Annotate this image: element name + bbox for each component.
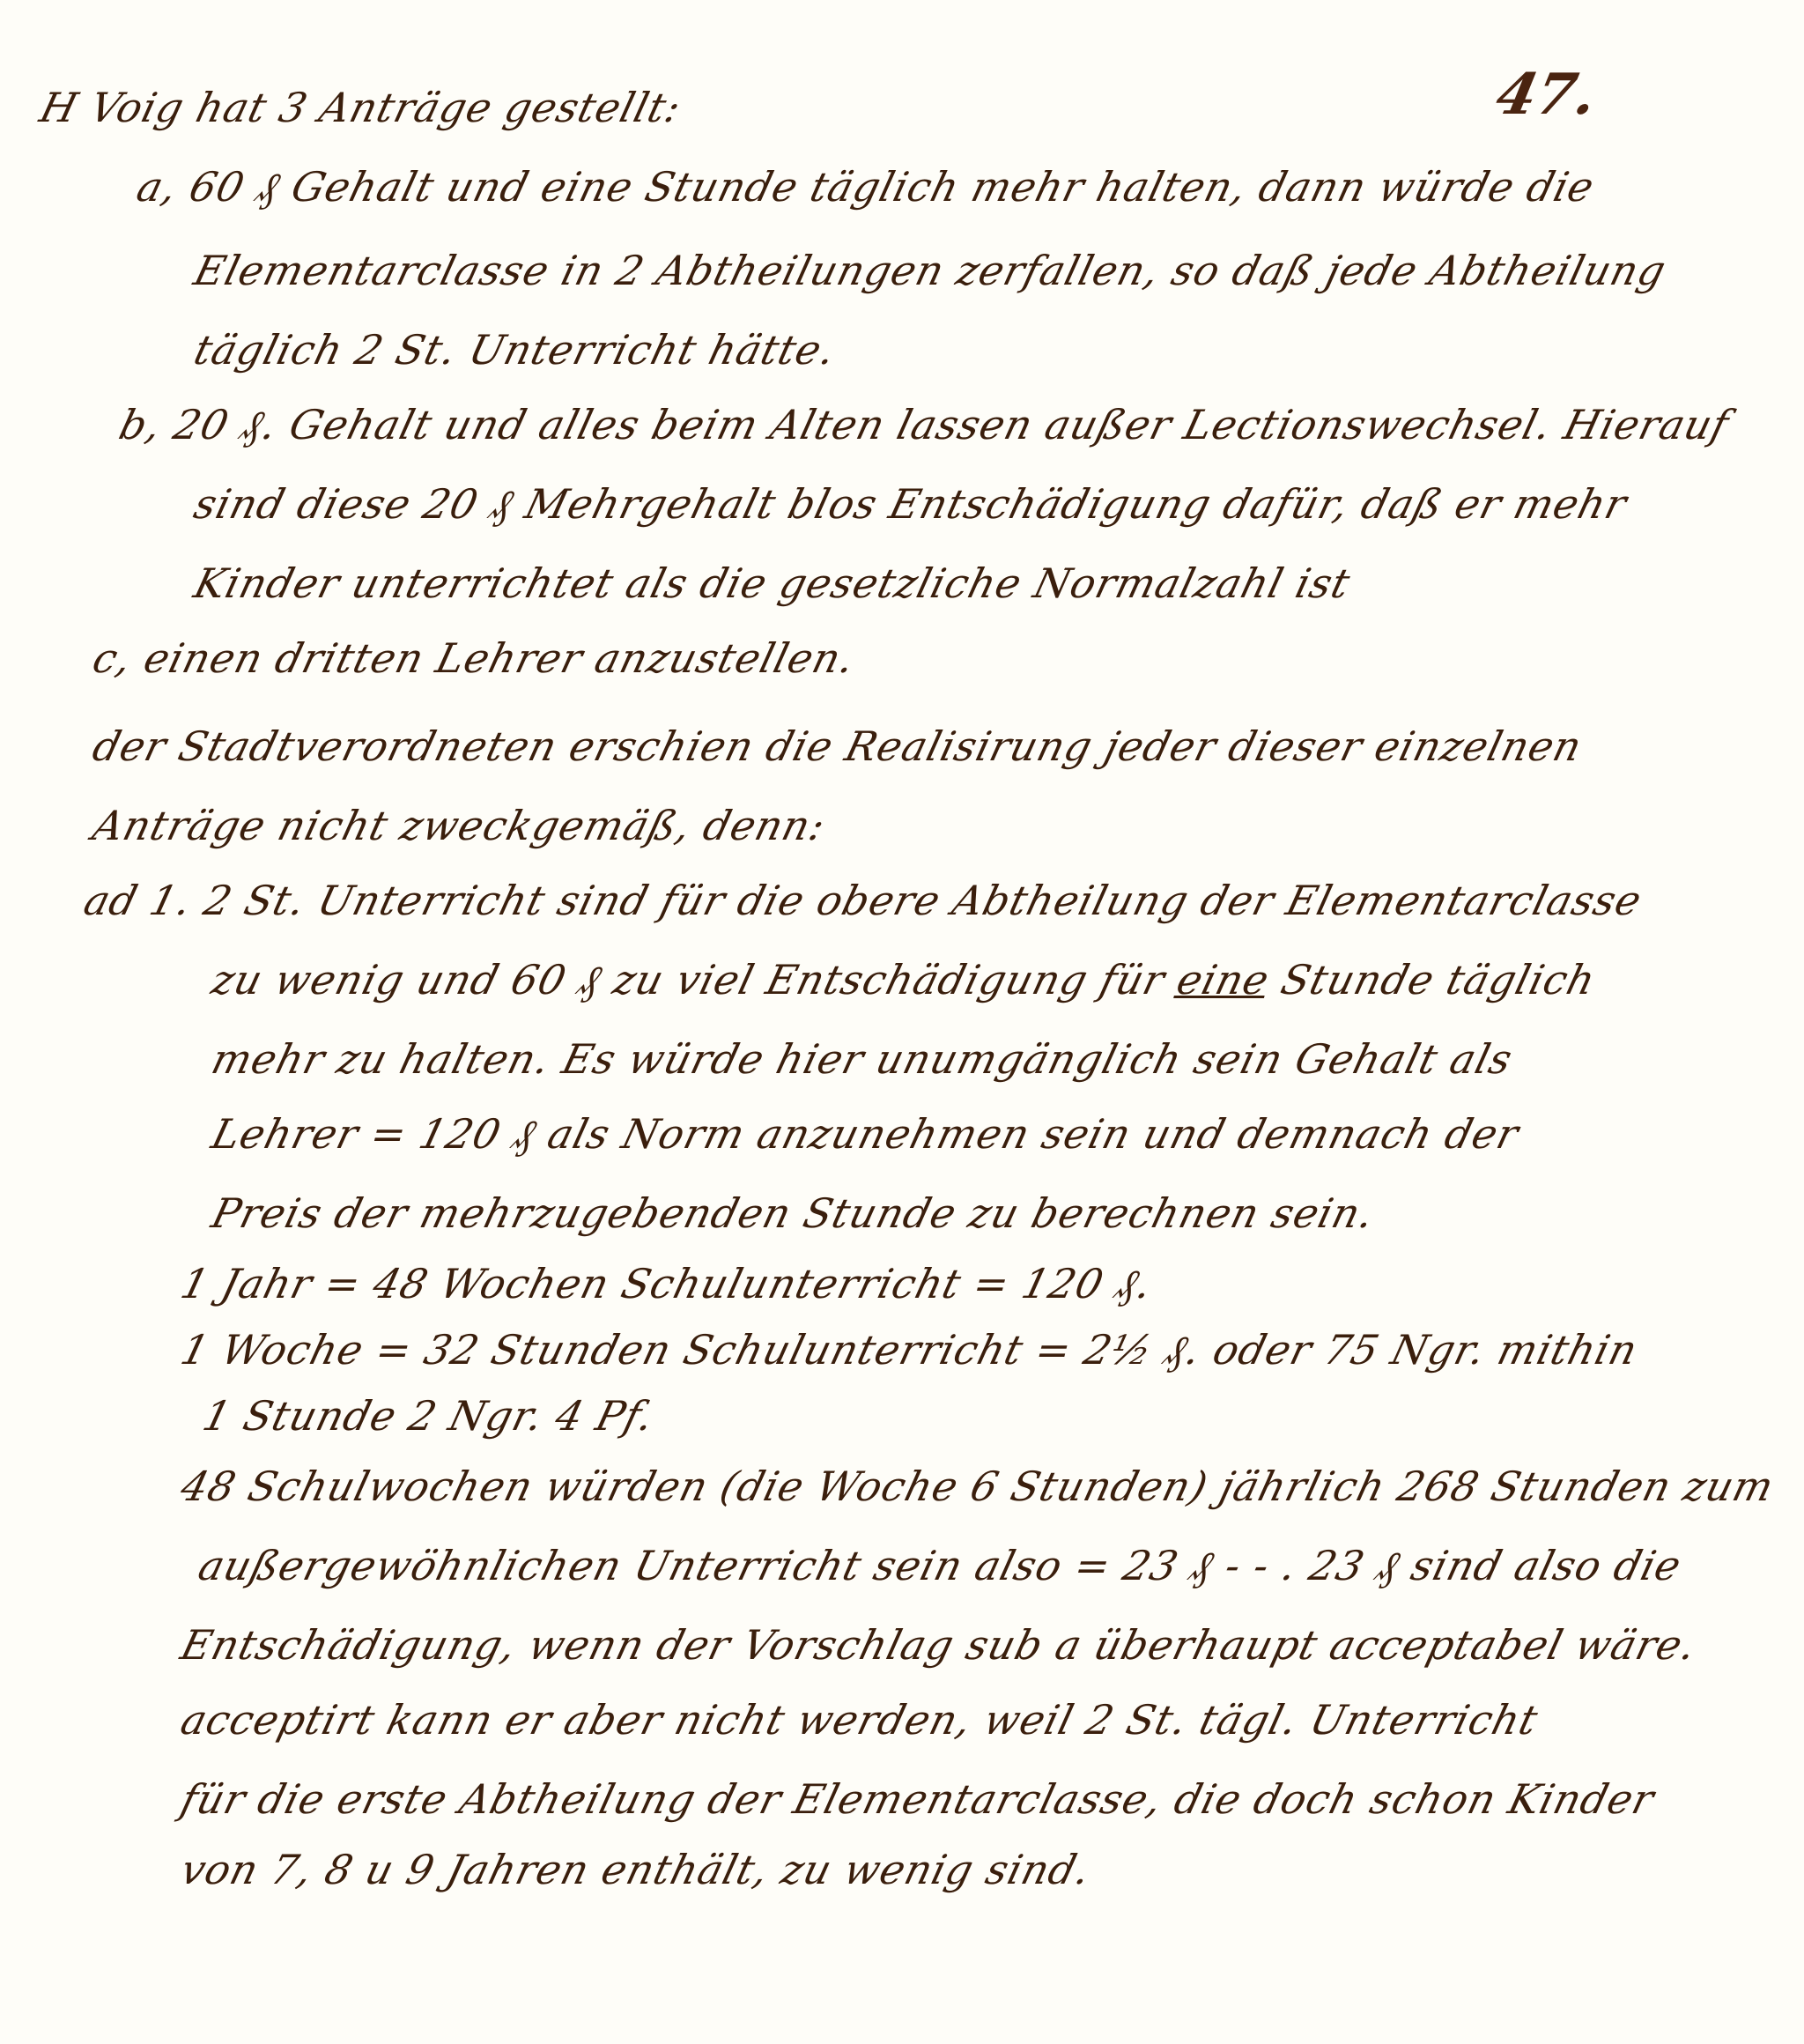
manuscript-line: 1 Woche = 32 Stunden Schulunterricht = 2… [176,1326,1643,1374]
manuscript-line: 48 Schulwochen würden (die Woche 6 Stund… [176,1463,1779,1510]
manuscript-line: c, einen dritten Lehrer anzustellen. [88,634,860,682]
manuscript-line: außergewöhnlichen Unterricht sein also =… [194,1542,1687,1589]
manuscript-line: zu wenig und 60 ₰ zu viel Entschädigung … [207,956,1601,1003]
manuscript-line: Preis der mehrzugebenden Stunde zu berec… [207,1189,1379,1237]
manuscript-line: mehr zu halten. Es würde hier unumgängli… [207,1035,1518,1083]
manuscript-line: Lehrer = 120 ₰ als Norm anzunehmen sein … [207,1110,1524,1158]
manuscript-line: acceptirt kann er aber nicht werden, wei… [176,1696,1543,1744]
manuscript-line: 1 Stunde 2 Ngr. 4 Pf. [198,1392,660,1440]
manuscript-line: H Voig hat 3 Anträge gestellt: [35,84,686,131]
underlined-word: eine [1172,956,1275,1003]
page-number: 47. [1490,62,1602,128]
manuscript-line: Kinder unterrichtet als die gesetzliche … [189,559,1356,607]
manuscript-line: von 7, 8 u 9 Jahren enthält, zu wenig si… [176,1846,1096,1893]
manuscript-line: täglich 2 St. Unterricht hätte. [189,326,841,374]
manuscript-line: b, 20 ₰. Gehalt und alles beim Alten las… [115,401,1734,448]
manuscript-line: Elementarclasse in 2 Abtheilungen zerfal… [189,247,1671,294]
manuscript-line: der Stadtverordneten erschien die Realis… [88,722,1587,770]
manuscript-line: a, 60 ₰ Gehalt und eine Stunde täglich m… [132,163,1600,211]
manuscript-line: sind diese 20 ₰ Mehrgehalt blos Entschäd… [189,480,1632,528]
manuscript-line: Entschädigung, wenn der Vorschlag sub a … [176,1621,1702,1669]
manuscript-line: für die erste Abtheilung der Elementarcl… [176,1775,1660,1823]
manuscript-page: 47. H Voig hat 3 Anträge gestellt:a, 60 … [0,0,1804,2044]
manuscript-line: ad 1. 2 St. Unterricht sind für die ober… [79,877,1647,924]
manuscript-line: 1 Jahr = 48 Wochen Schulunterricht = 120… [176,1260,1157,1307]
manuscript-line: Anträge nicht zweckgemäß, denn: [88,802,831,849]
